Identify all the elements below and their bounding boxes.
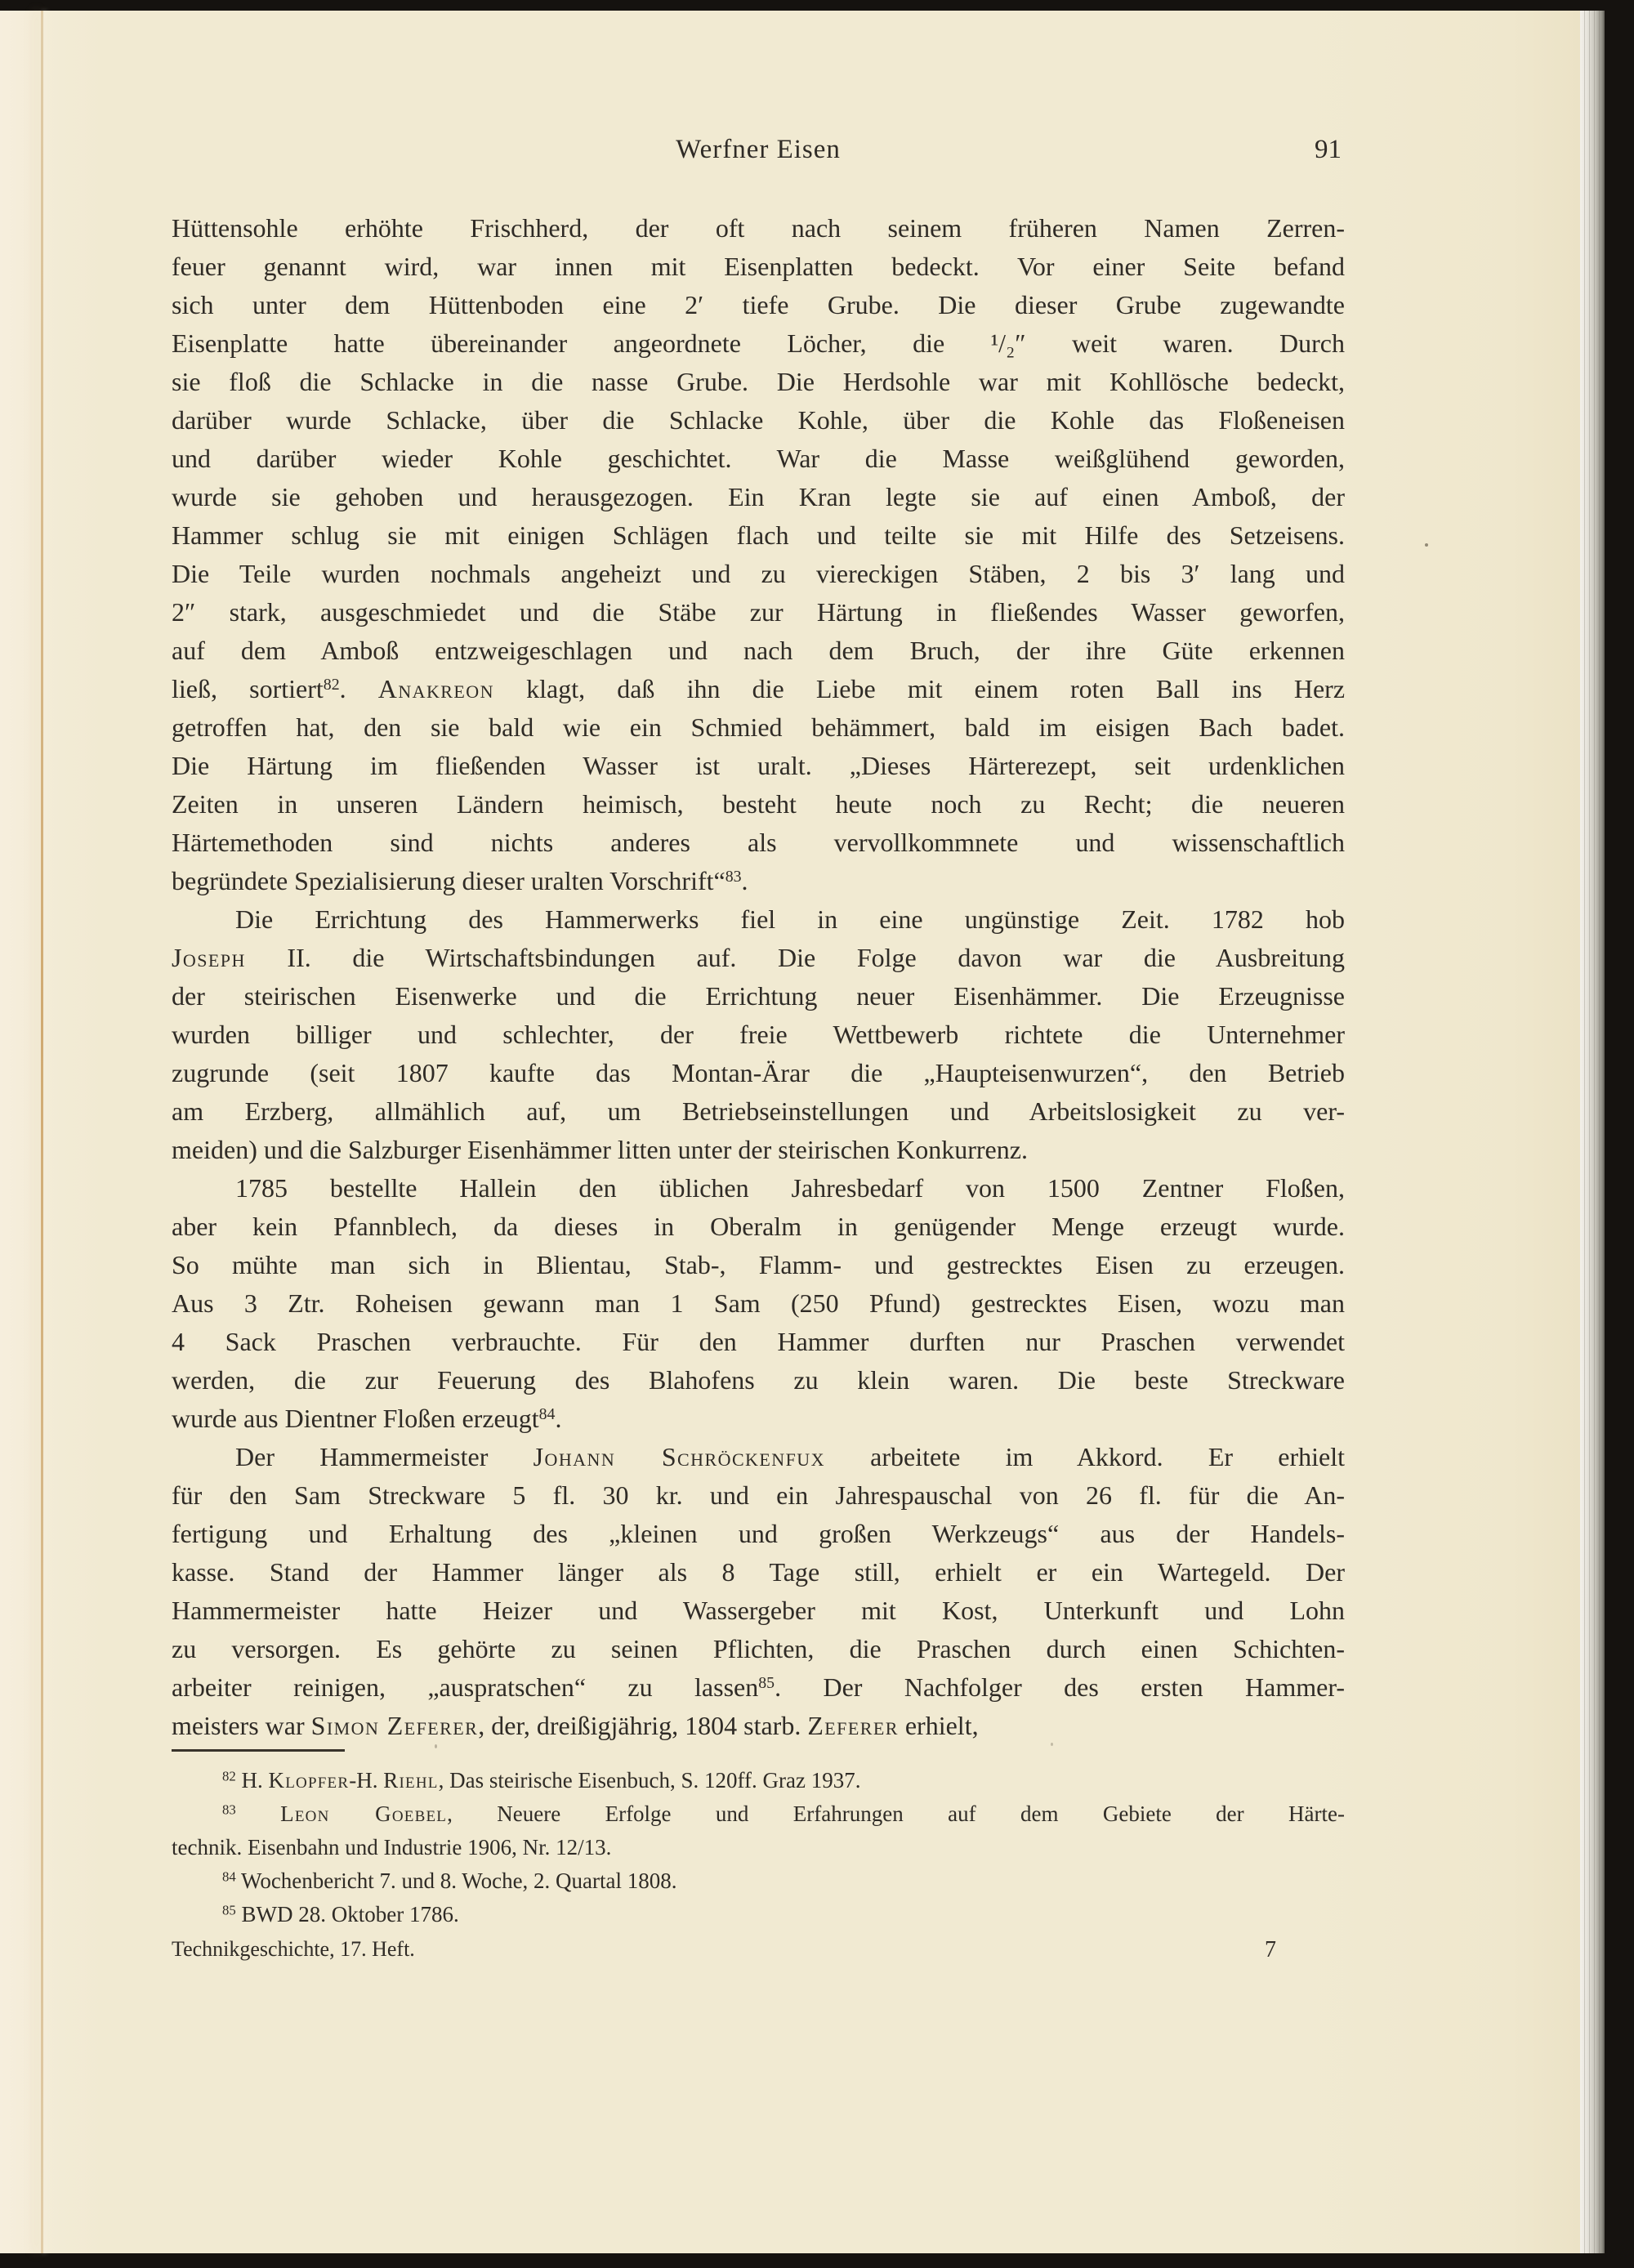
text-run: Der Hammermeister [235, 1442, 534, 1471]
text-line: am Erzberg, allmählich auf, um Betriebse… [172, 1092, 1345, 1131]
text-line: sich unter dem Hüttenboden eine 2′ tiefe… [172, 286, 1345, 324]
book-page: Werfner Eisen 91 Hüttensohle erhöhte Fri… [0, 11, 1580, 2253]
text-line: Hammer schlug sie mit einigen Schlägen f… [172, 516, 1345, 555]
footnote-reference: 85 [758, 1674, 775, 1692]
scan-background: Werfner Eisen 91 Hüttensohle erhöhte Fri… [0, 0, 1634, 2268]
text-line: Zeiten in unseren Ländern heimisch, best… [172, 785, 1345, 824]
text-run: am Erzberg, allmählich auf, um Betriebse… [172, 1096, 1345, 1126]
text-run: zu versorgen. Es gehörte zu seinen Pflic… [172, 1634, 1345, 1663]
text-line: Die Teile wurden nochmals angeheizt und … [172, 555, 1345, 593]
text-run: fertigung und Erhaltung des „kleinen und… [172, 1519, 1345, 1548]
text-line: begründete Spezialisierung dieser uralte… [172, 862, 1345, 900]
footnote-reference: 85 [222, 1903, 236, 1918]
page-footer: Technikgeschichte, 17. Heft. 7 [172, 1937, 1345, 1970]
text-line: fertigung und Erhaltung des „kleinen und… [172, 1515, 1345, 1553]
text-run: arbeiter reinigen, „auspratschen“ zu las… [172, 1672, 758, 1702]
text-line: und darüber wieder Kohle geschichtet. Wa… [172, 440, 1345, 478]
text-line: darüber wurde Schlacke, über die Schlack… [172, 401, 1345, 440]
text-line: werden, die zur Feuerung des Blahofens z… [172, 1361, 1345, 1400]
text-run: Simon Zeferer [311, 1711, 479, 1740]
text-run: Die Härtung im fließenden Wasser ist ura… [172, 751, 1345, 780]
text-line: wurde aus Dientner Floßen erzeugt84. [172, 1400, 1345, 1438]
text-run: BWD 28. Oktober 1786. [236, 1902, 459, 1926]
text-run: Klopfer [268, 1768, 349, 1793]
text-run: Härtemethoden sind nichts anderes als ve… [172, 828, 1345, 857]
paragraph: 84 Wochenbericht 7. und 8. Woche, 2. Qua… [172, 1864, 1345, 1898]
text-run: meiden) und die Salzburger Eisenhämmer l… [172, 1135, 1028, 1164]
text-run: ließ, sortiert [172, 674, 324, 703]
text-run: Aus 3 Ztr. Roheisen gewann man 1 Sam (25… [172, 1288, 1345, 1318]
text-line: Aus 3 Ztr. Roheisen gewann man 1 Sam (25… [172, 1284, 1345, 1323]
footnote-reference: 84 [539, 1405, 556, 1423]
text-line: Der Hammermeister Johann Schröckenfux ar… [172, 1438, 1345, 1476]
paragraph: Die Errichtung des Hammerwerks fiel in e… [172, 900, 1345, 1169]
text-run: . [742, 866, 748, 895]
text-run [236, 1801, 280, 1826]
text-run: wurde aus Dientner Floßen erzeugt [172, 1404, 539, 1433]
text-run: erhielt, [899, 1711, 979, 1740]
text-line: wurde sie gehoben und herausgezogen. Ein… [172, 478, 1345, 516]
text-run: , der, dreißigjährig, 1804 starb. [478, 1711, 807, 1740]
text-line: 4 Sack Praschen verbrauchte. Für den Ham… [172, 1323, 1345, 1361]
text-run: für den Sam Streckware 5 fl. 30 kr. und … [172, 1480, 1345, 1510]
text-run: darüber wurde Schlacke, über die Schlack… [172, 405, 1345, 435]
text-run: Zeiten in unseren Ländern heimisch, best… [172, 789, 1345, 819]
text-run: Die Errichtung des Hammerwerks fiel in e… [235, 904, 1345, 934]
text-run: klagt, daß ihn die Liebe mit einem roten… [494, 674, 1345, 703]
text-line: getroffen hat, den sie bald wie ein Schm… [172, 708, 1345, 747]
text-run: begründete Spezialisierung dieser uralte… [172, 866, 725, 895]
text-run: der steirischen Eisenwerke und die Erric… [172, 981, 1345, 1011]
text-line: Hüttensohle erhöhte Frischherd, der oft … [172, 209, 1345, 248]
text-line: zu versorgen. Es gehörte zu seinen Pflic… [172, 1630, 1345, 1668]
gutter-crease [41, 11, 43, 2253]
text-run: aber kein Pfannblech, da dieses in Obera… [172, 1212, 1345, 1241]
text-run: zugrunde (seit 1807 kaufte das Montan-Är… [172, 1058, 1345, 1087]
text-line: meisters war Simon Zeferer, der, dreißig… [172, 1707, 1345, 1745]
text-line: Joseph II. die Wirtschaftsbindungen auf.… [172, 939, 1345, 977]
sheet-number: 7 [1265, 1937, 1276, 1963]
text-run: 4 Sack Praschen verbrauchte. Für den Ham… [172, 1327, 1345, 1356]
text-line: 85 BWD 28. Oktober 1786. [172, 1898, 1345, 1931]
text-run: sich unter dem Hüttenboden eine 2′ tiefe… [172, 290, 1345, 319]
text-run: auf dem Amboß entzweigeschlagen und nach… [172, 636, 1345, 665]
text-line: technik. Eisenbahn und Industrie 1906, N… [172, 1831, 1345, 1864]
text-line: Die Errichtung des Hammerwerks fiel in e… [172, 900, 1345, 939]
text-line: wurden billiger und schlechter, der frei… [172, 1016, 1345, 1054]
text-line: auf dem Amboß entzweigeschlagen und nach… [172, 632, 1345, 670]
text-line: 1785 bestellte Hallein den üblichen Jahr… [172, 1169, 1345, 1208]
text-line: aber kein Pfannblech, da dieses in Obera… [172, 1208, 1345, 1246]
footnote-reference: 82 [222, 1769, 236, 1784]
text-run: Zeferer [807, 1711, 899, 1740]
footer-signature: Technikgeschichte, 17. Heft. [172, 1937, 415, 1961]
text-run: 2″ stark, ausgeschmiedet und die Stäbe z… [172, 597, 1345, 627]
text-run: Leon Goebel [280, 1801, 447, 1826]
text-run: und darüber wieder Kohle geschichtet. Wa… [172, 444, 1345, 473]
text-run: . [555, 1404, 561, 1433]
footnote-reference: 83 [222, 1802, 236, 1818]
text-line: 2″ stark, ausgeschmiedet und die Stäbe z… [172, 593, 1345, 632]
text-run: Eisenplatte hatte übereinander angeordne… [172, 328, 1345, 358]
text-line: der steirischen Eisenwerke und die Erric… [172, 977, 1345, 1016]
text-line: Eisenplatte hatte übereinander angeordne… [172, 324, 1345, 363]
text-run: technik. Eisenbahn und Industrie 1906, N… [172, 1835, 611, 1859]
text-line: zugrunde (seit 1807 kaufte das Montan-Är… [172, 1054, 1345, 1092]
paper-speck [435, 1744, 437, 1748]
text-run: , Das steirische Eisenbuch, S. 120ff. Gr… [439, 1768, 861, 1793]
footnote-reference: 83 [725, 868, 742, 886]
text-run: Riehl [383, 1768, 438, 1793]
text-run: wurden billiger und schlechter, der frei… [172, 1020, 1345, 1049]
running-head-title: Werfner Eisen [172, 135, 1345, 165]
text-run: . [340, 674, 378, 703]
paragraph: 1785 bestellte Hallein den üblichen Jahr… [172, 1169, 1345, 1438]
text-run: 1785 bestellte Hallein den üblichen Jahr… [235, 1173, 1345, 1203]
body-text: Hüttensohle erhöhte Frischherd, der oft … [172, 209, 1345, 1745]
text-run: II. die Wirtschaftsbindungen auf. Die Fo… [246, 943, 1345, 972]
footnote-reference: 82 [324, 676, 340, 694]
text-line: 84 Wochenbericht 7. und 8. Woche, 2. Qua… [172, 1864, 1345, 1898]
paragraph: 82 H. Klopfer-H. Riehl, Das steirische E… [172, 1764, 1345, 1797]
paragraph: Hüttensohle erhöhte Frischherd, der oft … [172, 209, 1345, 900]
text-run: kasse. Stand der Hammer länger als 8 Tag… [172, 1557, 1345, 1587]
text-line: meiden) und die Salzburger Eisenhämmer l… [172, 1131, 1345, 1169]
text-run: wurde sie gehoben und herausgezogen. Ein… [172, 482, 1345, 511]
text-line: Hammermeister hatte Heizer und Wassergeb… [172, 1592, 1345, 1630]
text-run: getroffen hat, den sie bald wie ein Schm… [172, 712, 1345, 742]
text-run: -H. [349, 1768, 383, 1793]
footnote-section: 82 H. Klopfer-H. Riehl, Das steirische E… [172, 1764, 1345, 1931]
text-run: Anakreon [378, 674, 494, 703]
text-run: . Der Nachfolger des ersten Hammer- [775, 1672, 1345, 1702]
paper-speck [1425, 543, 1428, 547]
text-run: Hammer schlug sie mit einigen Schlägen f… [172, 520, 1345, 550]
paragraph: 83 Leon Goebel, Neuere Erfolge und Erfah… [172, 1797, 1345, 1864]
text-run: arbeitete im Akkord. Er erhielt [825, 1442, 1345, 1471]
footnote-reference: 84 [222, 1869, 236, 1885]
page-number: 91 [1315, 135, 1342, 165]
text-run: , Neuere Erfolge und Erfahrungen auf dem… [447, 1801, 1345, 1826]
text-line: 83 Leon Goebel, Neuere Erfolge und Erfah… [172, 1797, 1345, 1831]
text-line: Die Härtung im fließenden Wasser ist ura… [172, 747, 1345, 785]
text-line: kasse. Stand der Hammer länger als 8 Tag… [172, 1553, 1345, 1592]
text-line: feuer genannt wird, war innen mit Eisenp… [172, 248, 1345, 286]
page-edge-stack [1580, 11, 1605, 2253]
text-line: arbeiter reinigen, „auspratschen“ zu las… [172, 1668, 1345, 1707]
text-line: für den Sam Streckware 5 fl. 30 kr. und … [172, 1476, 1345, 1515]
footnote-separator [172, 1749, 345, 1752]
paper-speck [1051, 1743, 1053, 1746]
text-line: sie floß die Schlacke in die nasse Grube… [172, 363, 1345, 401]
text-run: Hüttensohle erhöhte Frischherd, der oft … [172, 213, 1345, 243]
text-run: Johann Schröckenfux [534, 1442, 825, 1471]
text-run: Die Teile wurden nochmals angeheizt und … [172, 559, 1345, 588]
text-line: 82 H. Klopfer-H. Riehl, Das steirische E… [172, 1764, 1345, 1797]
text-run: H. [236, 1768, 269, 1793]
text-line: Härtemethoden sind nichts anderes als ve… [172, 824, 1345, 862]
text-run: Joseph [172, 943, 246, 972]
text-run: Hammermeister hatte Heizer und Wassergeb… [172, 1596, 1345, 1625]
text-run: So mühte man sich in Blientau, Stab-, Fl… [172, 1250, 1345, 1279]
text-run: feuer genannt wird, war innen mit Eisenp… [172, 252, 1345, 281]
text-run: werden, die zur Feuerung des Blahofens z… [172, 1365, 1345, 1395]
text-run: Wochenbericht 7. und 8. Woche, 2. Quarta… [236, 1868, 677, 1893]
text-run: meisters war [172, 1711, 311, 1740]
text-run: sie floß die Schlacke in die nasse Grube… [172, 367, 1345, 396]
page-header: Werfner Eisen 91 [172, 135, 1345, 177]
paragraph: Der Hammermeister Johann Schröckenfux ar… [172, 1438, 1345, 1745]
text-line: ließ, sortiert82. Anakreon klagt, daß ih… [172, 670, 1345, 708]
text-line: So mühte man sich in Blientau, Stab-, Fl… [172, 1246, 1345, 1284]
paragraph: 85 BWD 28. Oktober 1786. [172, 1898, 1345, 1931]
